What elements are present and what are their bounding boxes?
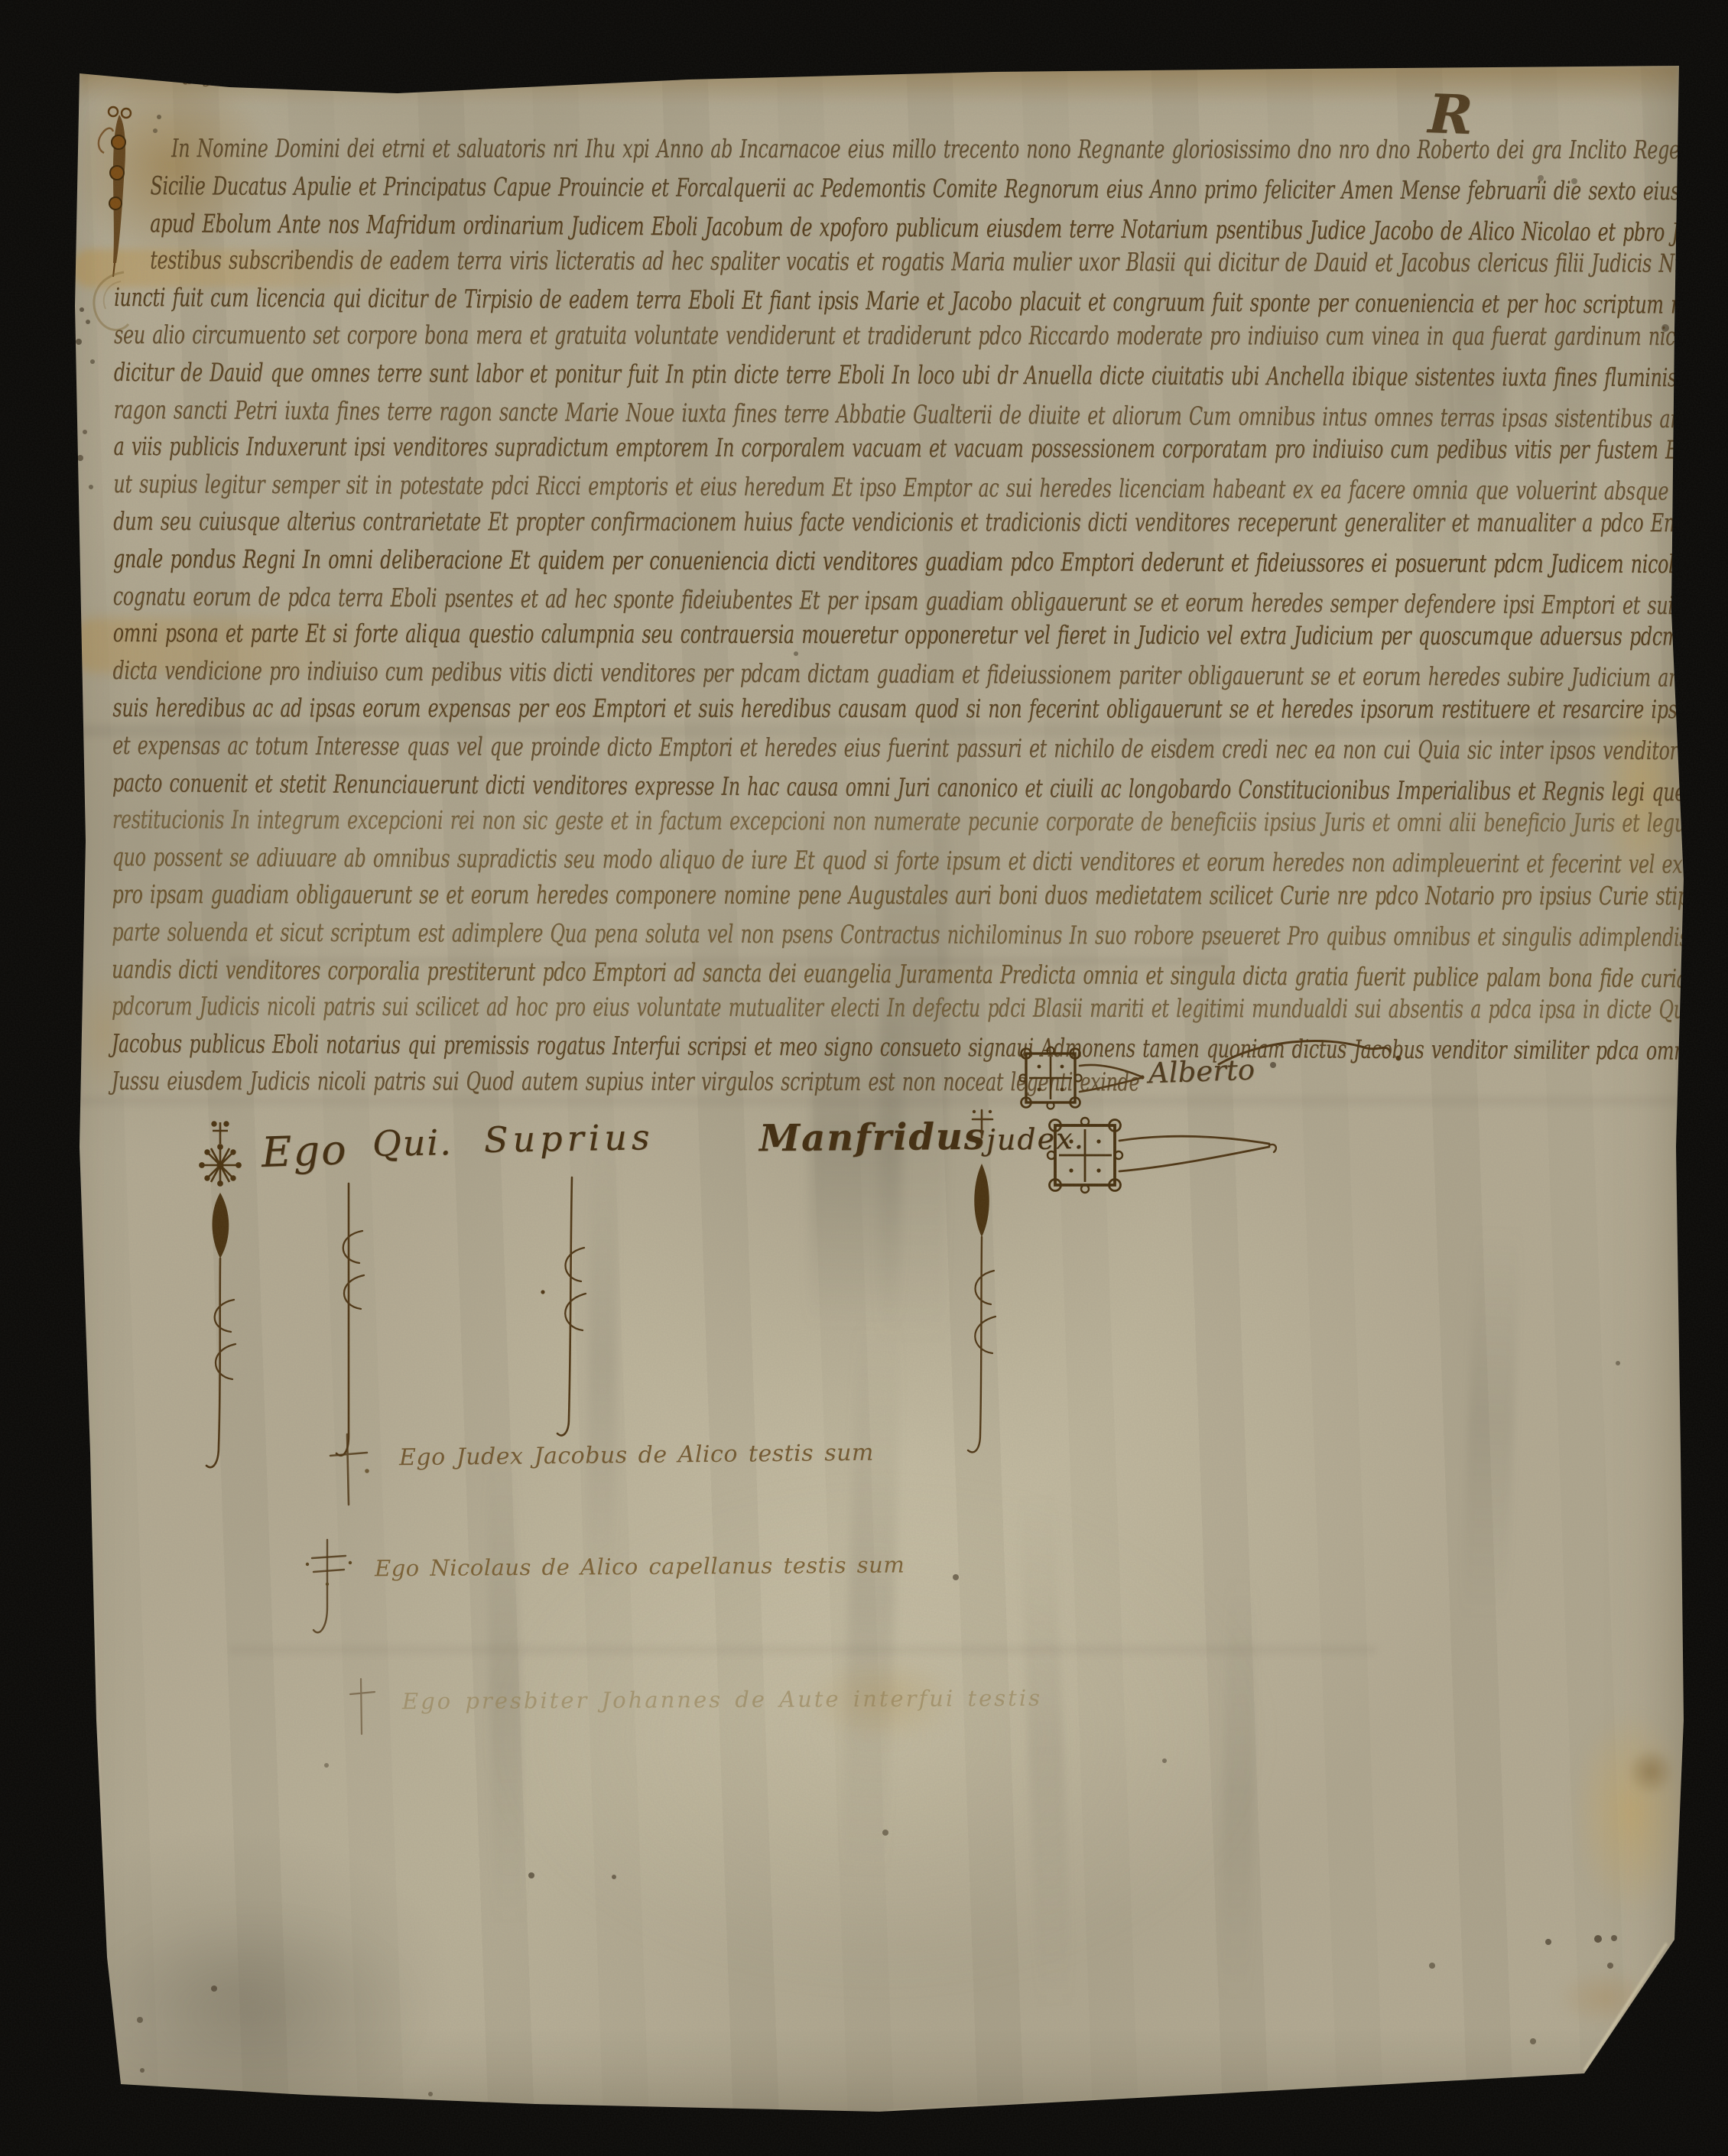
photographed-parchment-charter: { "manuscript": { "marginalia_top": "aug…: [0, 0, 1728, 2156]
photo-grain: [0, 0, 1728, 2156]
